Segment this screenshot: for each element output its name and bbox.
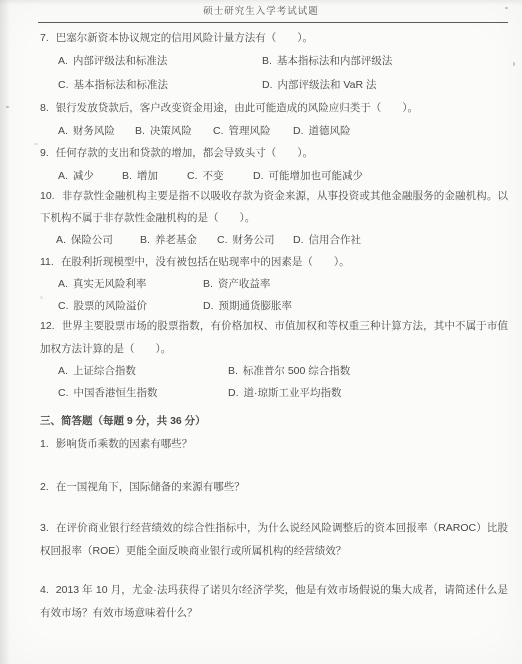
question-10-option-a: A.保险公司 — [56, 229, 113, 251]
option-text: 内部评级法和 VaR 法 — [278, 79, 377, 91]
question-9-number: 9. — [40, 147, 49, 159]
question-7-text: 巴塞尔新资本协议规定的信用风险计量方法有（ ）。 — [56, 32, 313, 44]
option-label: B. — [122, 170, 132, 182]
option-label: D. — [293, 234, 304, 246]
option-text: 基本指标法和标准法 — [74, 79, 169, 91]
option-text: 保险公司 — [71, 234, 113, 246]
page-title: 硕士研究生入学考试试题 — [0, 3, 522, 21]
question-9: 9.任何存款的支出和贷款的增加，都会导致头寸（ ）。 — [40, 142, 313, 164]
question-8-options-row: A.财务风险 B.决策风险 C.管理风险 D.道德风险 — [0, 120, 522, 142]
question-7-option-c: C.基本指标法和标准法 — [58, 74, 168, 96]
question-11-option-b: B.资产收益率 — [203, 273, 270, 295]
option-label: B. — [262, 55, 272, 67]
question-12: 12.世界主要股票市场的股票指数，有价格加权、市值加权和等权重三种计算方法，其中… — [40, 315, 508, 361]
option-text: 增加 — [137, 170, 158, 182]
option-text: 道德风险 — [309, 125, 351, 137]
option-label: A. — [58, 365, 68, 377]
option-label: D. — [262, 79, 273, 91]
option-label: C. — [187, 170, 198, 182]
question-11-number: 11. — [40, 256, 54, 268]
question-9-option-a: A.减少 — [58, 165, 94, 187]
question-7-number: 7. — [40, 32, 49, 44]
question-7-options-row-2: C.基本指标法和标准法 D.内部评级法和 VaR 法 — [0, 74, 522, 96]
question-12-option-a: A.上证综合指数 — [58, 360, 136, 382]
question-9-options-row: A.减少 B.增加 C.不变 D.可能增加也可能减少 — [0, 165, 522, 187]
question-10-options-row: A.保险公司 B.养老基金 C.财务公司 D.信用合作社 — [0, 229, 522, 251]
scan-edge-shadow-left — [0, 0, 10, 664]
question-11: 11.在股利折现模型中，没有被包括在贴现率中的因素是（ ）。 — [40, 251, 350, 273]
short-answer-2-text: 在一国视角下，国际储备的来源有哪些？ — [56, 481, 245, 493]
question-10-number: 10. — [40, 190, 55, 202]
option-label: C. — [58, 387, 69, 399]
option-text: 股票的风险溢价 — [74, 300, 148, 312]
short-answer-1-number: 1. — [40, 438, 49, 450]
short-answer-4-number: 4. — [40, 584, 49, 596]
option-label: B. — [135, 125, 145, 137]
question-10-option-b: B.养老基金 — [140, 229, 197, 251]
header-divider — [38, 22, 508, 23]
question-9-option-d: D.可能增加也可能减少 — [253, 165, 363, 187]
option-text: 决策风险 — [150, 125, 192, 137]
option-label: A. — [58, 55, 68, 67]
question-10-option-d: D.信用合作社 — [293, 229, 361, 251]
question-12-text: 世界主要股票市场的股票指数，有价格加权、市值加权和等权重三种计算方法，其中不属于… — [40, 320, 508, 355]
short-answer-3-text: 在评价商业银行经营绩效的综合性指标中，为什么说经风险调整后的资本回报率（RARO… — [40, 522, 508, 557]
option-text: 资产收益率 — [218, 278, 271, 290]
option-text: 信用合作社 — [309, 234, 362, 246]
question-7: 7.巴塞尔新资本协议规定的信用风险计量方法有（ ）。 — [40, 27, 313, 49]
question-12-option-c: C.中国香港恒生指数 — [58, 382, 158, 404]
question-12-options-row-2: C.中国香港恒生指数 D.道·琼斯工业平均指数 — [0, 382, 522, 404]
short-answer-4-text: 2013 年 10 月，尤金·法玛获得了诺贝尔经济学奖，他是有效市场假说的集大成… — [40, 584, 508, 619]
option-text: 真实无风险利率 — [73, 278, 147, 290]
question-8-option-a: A.财务风险 — [58, 120, 115, 142]
option-text: 内部评级法和标准法 — [73, 55, 168, 67]
short-answer-3-number: 3. — [40, 522, 49, 534]
short-answer-4: 4.2013 年 10 月，尤金·法玛获得了诺贝尔经济学奖，他是有效市场假说的集… — [40, 579, 508, 625]
question-8-option-c: C.管理风险 — [213, 120, 271, 142]
short-answer-1: 1.影响货币乘数的因素有哪些？ — [40, 433, 192, 455]
option-label: C. — [58, 79, 69, 91]
question-12-number: 12. — [40, 320, 55, 332]
option-label: D. — [228, 387, 239, 399]
question-10-text: 非存款性金融机构主要是指不以吸收存款为资金来源，从事投资或其他金融服务的金融机构… — [40, 190, 508, 224]
short-answer-1-text: 影响货币乘数的因素有哪些？ — [56, 438, 193, 450]
question-11-text: 在股利折现模型中，没有被包括在贴现率中的因素是（ ）。 — [61, 256, 350, 268]
question-10: 10.非存款性金融机构主要是指不以吸收存款为资金来源，从事投资或其他金融服务的金… — [40, 185, 508, 229]
question-12-option-d: D.道·琼斯工业平均指数 — [228, 382, 342, 404]
option-label: A. — [58, 278, 68, 290]
option-text: 基本指标法和内部评级法 — [277, 55, 393, 67]
question-8: 8.银行发放贷款后，客户改变资金用途，由此可能造成的风险应归类于（ ）。 — [40, 97, 418, 119]
scan-artifact — [6, 106, 9, 108]
option-text: 可能增加也可能减少 — [269, 170, 364, 182]
option-text: 标准普尔 500 综合指数 — [243, 365, 350, 377]
question-9-option-b: B.增加 — [122, 165, 158, 187]
question-11-options-row-2: C.股票的风险溢价 D.预期通货膨胀率 — [0, 295, 522, 317]
question-11-options-row-1: A.真实无风险利率 B.资产收益率 — [0, 273, 522, 295]
question-7-options-row-1: A.内部评级法和标准法 B.基本指标法和内部评级法 — [0, 50, 522, 72]
option-text: 管理风险 — [229, 125, 271, 137]
question-9-text: 任何存款的支出和贷款的增加，都会导致头寸（ ）。 — [56, 147, 313, 159]
question-8-option-d: D.道德风险 — [293, 120, 351, 142]
option-label: B. — [228, 365, 238, 377]
scan-artifact — [34, 143, 38, 145]
question-11-option-d: D.预期通货膨胀率 — [203, 295, 292, 317]
short-answer-3: 3.在评价商业银行经营绩效的综合性指标中，为什么说经风险调整后的资本回报率（RA… — [40, 517, 508, 563]
option-label: B. — [140, 234, 150, 246]
short-answer-2-number: 2. — [40, 481, 49, 493]
option-text: 不变 — [203, 170, 224, 182]
option-text: 减少 — [73, 170, 94, 182]
option-text: 养老基金 — [155, 234, 197, 246]
option-text: 上证综合指数 — [73, 365, 136, 377]
option-text: 道·琼斯工业平均指数 — [244, 387, 342, 399]
question-7-option-d: D.内部评级法和 VaR 法 — [262, 74, 376, 96]
question-9-option-c: C.不变 — [187, 165, 224, 187]
option-text: 财务公司 — [233, 234, 275, 246]
option-text: 中国香港恒生指数 — [74, 387, 158, 399]
option-label: B. — [203, 278, 213, 290]
question-7-option-b: B.基本指标法和内部评级法 — [262, 50, 392, 72]
option-label: D. — [203, 300, 214, 312]
option-label: D. — [293, 125, 304, 137]
question-10-option-c: C.财务公司 — [217, 229, 275, 251]
option-label: D. — [253, 170, 264, 182]
question-11-option-a: A.真实无风险利率 — [58, 273, 146, 295]
question-12-option-b: B.标准普尔 500 综合指数 — [228, 360, 350, 382]
option-text: 预期通货膨胀率 — [219, 300, 293, 312]
option-label: C. — [213, 125, 224, 137]
question-8-number: 8. — [40, 102, 49, 114]
question-7-option-a: A.内部评级法和标准法 — [58, 50, 167, 72]
question-8-text: 银行发放贷款后，客户改变资金用途，由此可能造成的风险应归类于（ ）。 — [56, 102, 418, 114]
option-label: A. — [58, 170, 68, 182]
question-8-option-b: B.决策风险 — [135, 120, 192, 142]
question-11-option-c: C.股票的风险溢价 — [58, 295, 147, 317]
question-12-options-row-1: A.上证综合指数 B.标准普尔 500 综合指数 — [0, 360, 522, 382]
option-label: C. — [58, 300, 69, 312]
option-label: A. — [56, 234, 66, 246]
option-label: C. — [217, 234, 228, 246]
short-answer-2: 2.在一国视角下，国际储备的来源有哪些？ — [40, 476, 245, 498]
exam-document-page: 硕士研究生入学考试试题 7.巴塞尔新资本协议规定的信用风险计量方法有（ ）。 A… — [0, 0, 522, 664]
section-title-short-answer: 三、简答题（每题 9 分，共 36 分） — [40, 410, 206, 432]
option-text: 财务风险 — [73, 125, 115, 137]
option-label: A. — [58, 125, 68, 137]
